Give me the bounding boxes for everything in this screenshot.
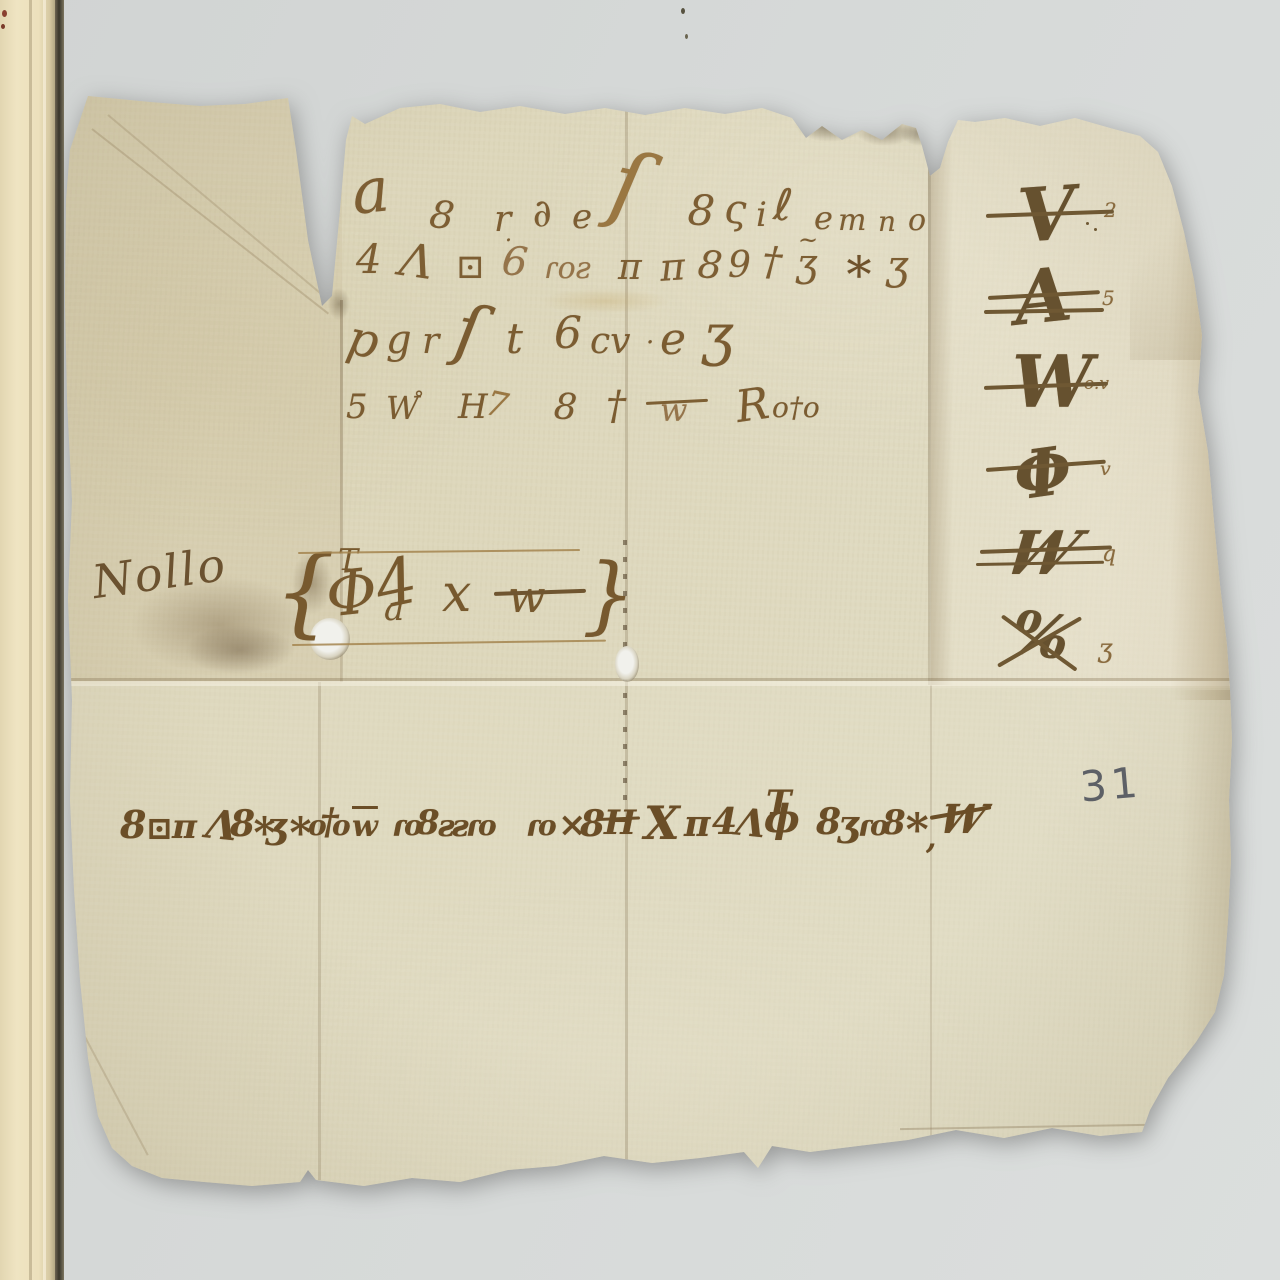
cipher-text-glyph: ⊡ <box>146 812 173 844</box>
ink-dot <box>1086 222 1089 225</box>
cipher-symbol: ° <box>414 388 424 408</box>
cipher-text-glyph: ʒ <box>266 808 286 844</box>
right-brace: } <box>582 552 635 636</box>
plaintext-letter: ʒ <box>702 308 734 364</box>
cipher-symbol: † <box>761 241 784 282</box>
cipher-symbol: π <box>618 250 642 286</box>
cipher-text-glyph: ϕ <box>764 800 800 838</box>
cipher-symbol: 9 <box>728 248 751 284</box>
plaintext-letter: ℓ <box>772 183 795 229</box>
plaintext-letter: ∂ <box>529 193 554 233</box>
plaintext-letter: t <box>506 318 523 360</box>
cipher-symbol: w <box>660 394 687 426</box>
plaintext-letter: o <box>908 206 926 236</box>
crossed-tally-marks: W <box>996 524 1088 584</box>
cipher-text-glyph: o <box>478 812 497 840</box>
plaintext-letter: · <box>646 330 654 356</box>
cipher-symbol: ɾoƨ <box>544 254 591 284</box>
plaintext-letter: ς <box>724 190 746 230</box>
plaintext-letter: g <box>386 320 412 360</box>
ink-dot <box>1094 228 1097 231</box>
cipher-symbol: π <box>659 247 687 287</box>
cipher-symbol: o†o <box>772 394 820 422</box>
left-margin-word: Nollo <box>89 537 230 609</box>
cipher-symbol: ʒ <box>796 244 817 282</box>
plaintext-letter: 8 <box>427 195 456 236</box>
bracketed-symbol: x <box>442 568 471 620</box>
cipher-symbol: 4 <box>356 240 381 280</box>
handwriting-layer: Nollo 31 ſı a8r.∂eſ8ςiℓemno4Λ⊡6ɾoƨππ89†~… <box>0 0 1280 1280</box>
annotation: ʒ <box>1098 636 1113 662</box>
cipher-text-glyph: 4 <box>712 804 737 840</box>
cipher-text-glyph: H <box>604 806 636 840</box>
cipher-symbol: 6 <box>500 241 529 283</box>
cipher-symbol: † <box>606 386 626 426</box>
cipher-symbol: ⊡ <box>456 250 485 284</box>
scanned-manuscript-page: Nollo 31 ſı a8r.∂eſ8ςiℓemno4Λ⊡6ɾoƨππ89†~… <box>0 0 1280 1280</box>
plaintext-letter: r <box>422 324 439 360</box>
tiny-edge-mark: ſı <box>313 104 323 120</box>
cipher-symbol: R <box>733 382 772 430</box>
cipher-symbol: 5 <box>346 390 368 424</box>
plaintext-letter: ſ <box>450 296 487 367</box>
plaintext-letter: cv <box>590 324 631 360</box>
plaintext-letter: ſ <box>603 140 652 231</box>
archival-number-pencil: 31 <box>1078 757 1143 811</box>
plaintext-letter: 8 <box>687 189 717 233</box>
plaintext-letter: i <box>756 198 767 232</box>
plaintext-letter: e <box>572 200 592 234</box>
cipher-text-glyph: o <box>332 812 351 840</box>
cipher-text-glyph: ʒ <box>838 806 858 842</box>
cipher-symbol: 8 <box>696 245 724 285</box>
annotation: 5 <box>1102 288 1115 308</box>
cipher-text-glyph: 8 <box>416 806 440 840</box>
cipher-text-glyph: Λ <box>734 803 767 844</box>
cipher-symbol: 8 <box>553 389 578 427</box>
cipher-text-glyph: X <box>644 800 680 846</box>
cipher-text-glyph: o <box>538 812 557 840</box>
plaintext-letter: a <box>349 158 392 224</box>
cipher-symbol: ʒ <box>886 246 909 286</box>
cipher-symbol: Λ <box>397 236 436 286</box>
plaintext-letter: m <box>838 206 866 236</box>
plaintext-letter: 6 <box>554 312 582 356</box>
plaintext-letter: p <box>343 313 383 366</box>
crossed-letter-phi: Φ <box>1010 436 1076 509</box>
paper-shadow-wrap: Nollo 31 ſı a8r.∂eſ8ςiℓemno4Λ⊡6ɾoƨππ89†~… <box>0 0 1280 1280</box>
cipher-text-glyph: 8 <box>580 806 605 842</box>
plaintext-letter: n <box>878 208 896 236</box>
cipher-text-glyph: w <box>352 812 378 842</box>
bracketed-symbol: Φ <box>323 560 380 627</box>
plaintext-letter: e <box>660 318 686 362</box>
bracketed-symbol: w <box>508 576 546 620</box>
cipher-text-glyph: 8 <box>120 806 146 844</box>
cipher-text-glyph: π <box>684 806 710 842</box>
cartouche-bottom-line <box>292 640 606 646</box>
manuscript-paper: Nollo 31 ſı a8r.∂eſ8ςiℓemno4Λ⊡6ɾoƨππ89†~… <box>0 0 1280 1280</box>
cipher-symbol: ∗ <box>842 240 876 290</box>
cipher-text-glyph: π <box>172 810 197 844</box>
